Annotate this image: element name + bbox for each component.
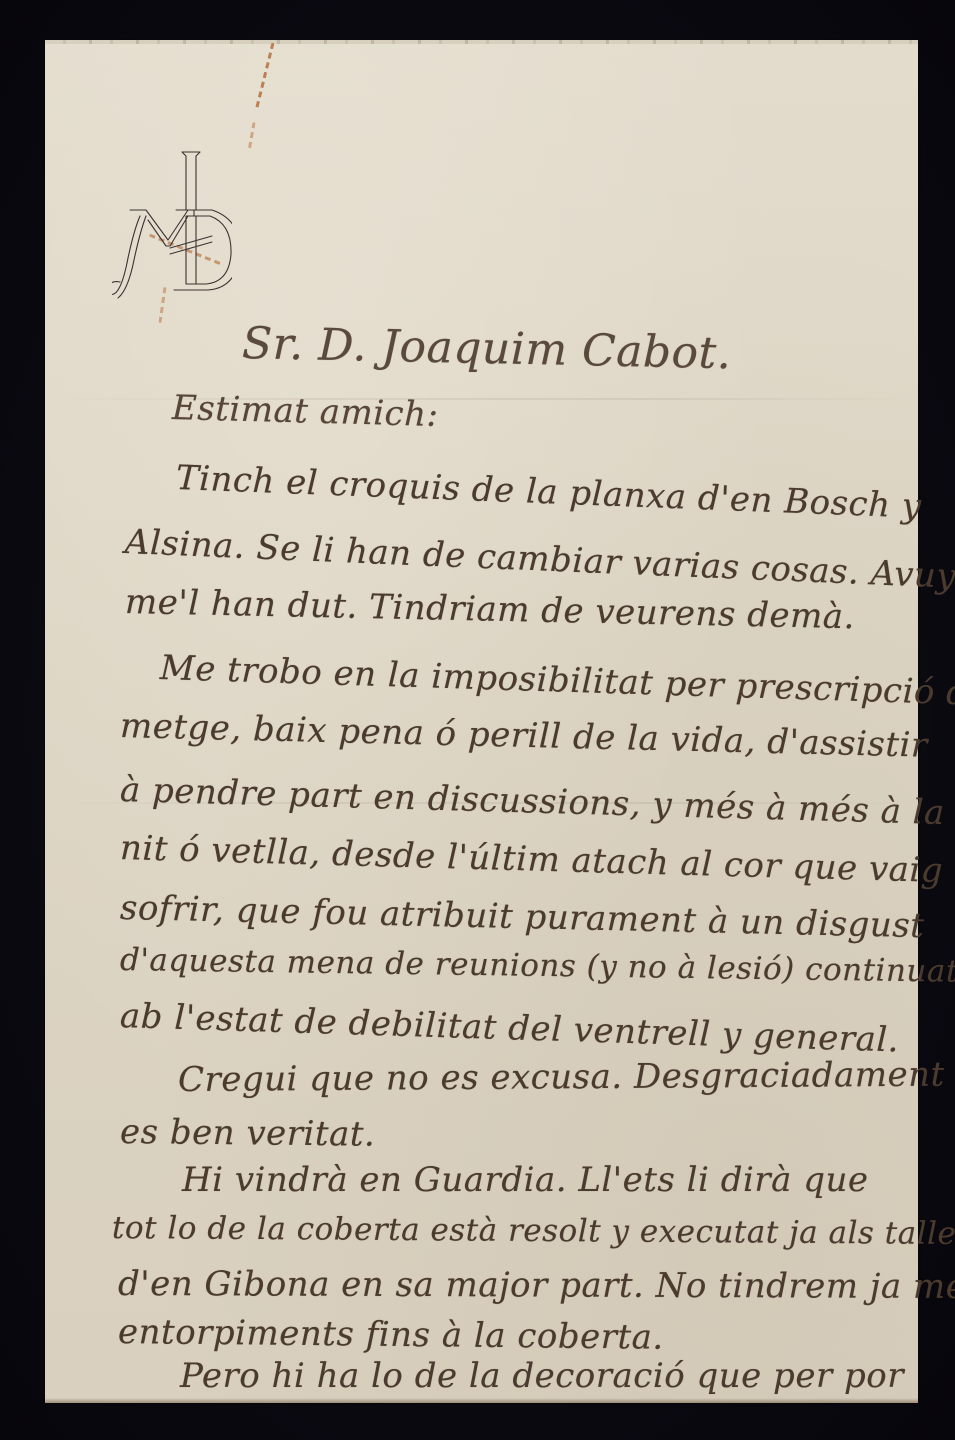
body-line: entorpiments fins à la coberta. [118, 1312, 664, 1358]
body-line: Cregui que no es excusa. Desgraciadament [178, 1055, 945, 1100]
body-line: Hi vindrà en Guardia. Ll'ets li dirà que [182, 1160, 869, 1200]
monogram-letterhead-icon [112, 150, 232, 300]
body-line: tot lo de la coberta està resolt y execu… [112, 1210, 955, 1252]
body-line: es ben veritat. [120, 1112, 376, 1155]
recipient-address-line: Sr. D. Joaquim Cabot. [241, 318, 731, 379]
salutation-line: Estimat amich: [171, 388, 439, 435]
body-line: Pero hi ha lo de la decoració que per po… [180, 1356, 904, 1396]
rust-stain [255, 43, 275, 112]
rust-stain [247, 122, 255, 152]
body-line: d'en Gibona en sa major part. No tindrem… [118, 1264, 955, 1307]
